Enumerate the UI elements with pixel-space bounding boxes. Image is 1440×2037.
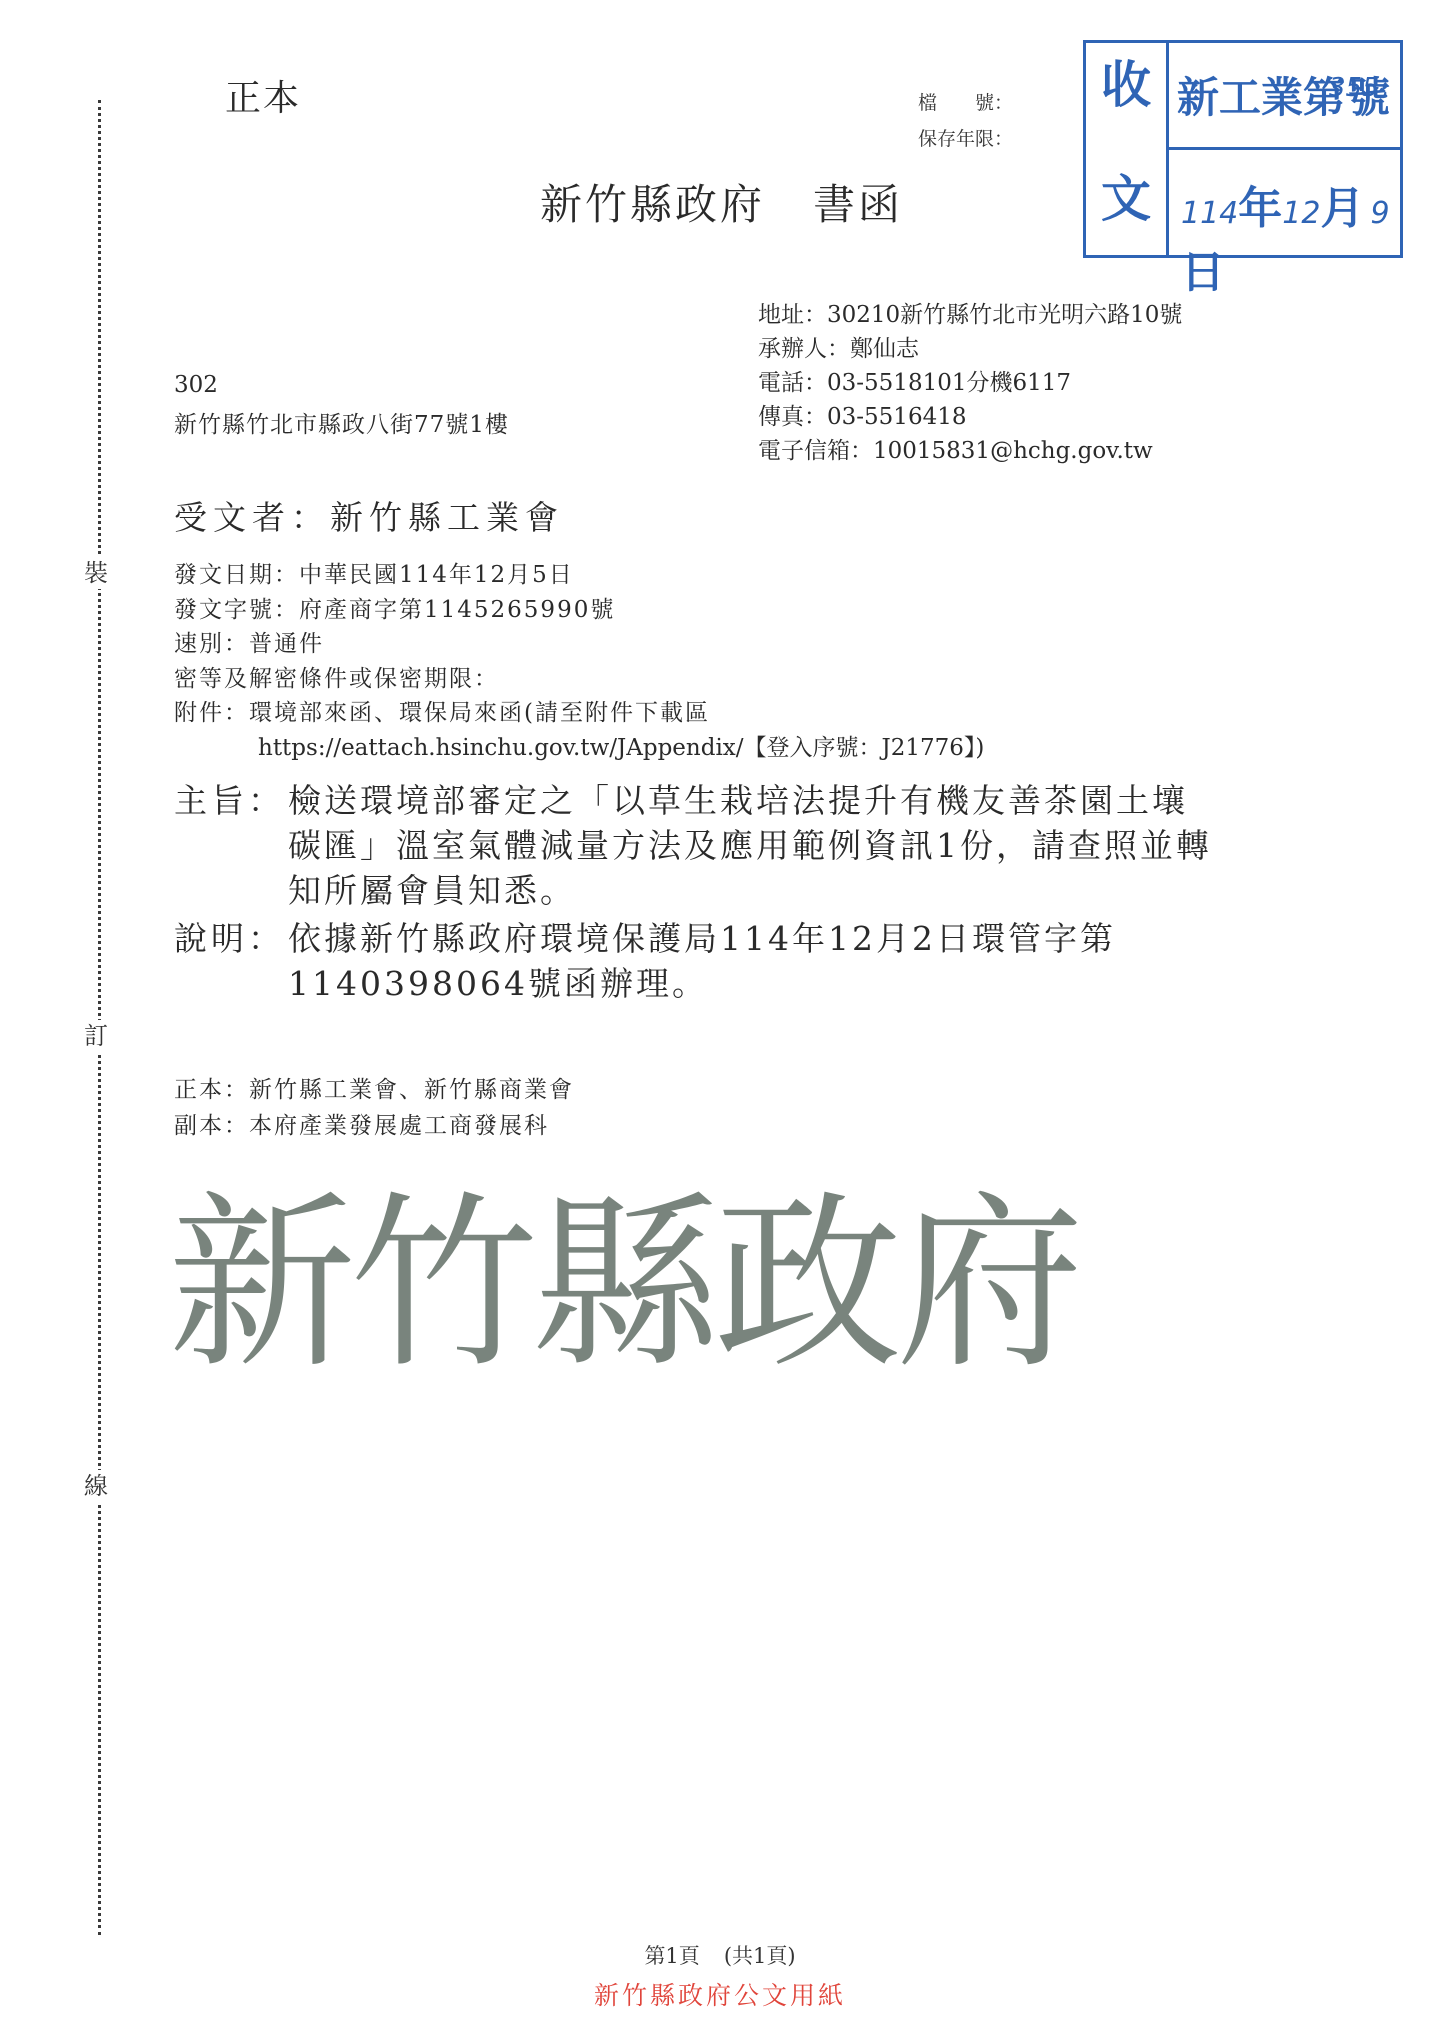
document-body: 主旨： 檢送環境部審定之「以草生栽培法提升有機友善茶園土壤 碳匯」溫室氣體減量方… — [174, 778, 1388, 1006]
official-paper-footer: 新竹縣政府公文用紙 — [0, 1976, 1440, 2012]
distribution-block: 正本：新竹縣工業會、新竹縣商業會 副本：本府產業發展處工商發展科 — [174, 1072, 574, 1144]
document-title: 新竹縣政府書函 — [540, 172, 903, 232]
explanation-line: 依據新竹縣政府環境保護局114年12月2日環管字第 — [288, 916, 1388, 961]
subject-line: 檢送環境部審定之「以草生栽培法提升有機友善茶園土壤 — [288, 778, 1388, 823]
document-type: 書函 — [813, 180, 903, 229]
binding-dotted-line — [98, 100, 101, 1935]
sender-fax: 傳真：03-5516418 — [758, 400, 1182, 434]
stamp-number-cell: 新工業第 355 號 — [1169, 43, 1400, 150]
copy-recipients: 副本：本府產業發展處工商發展科 — [174, 1108, 574, 1144]
page-total: (共1頁) — [724, 1944, 796, 1968]
stamp-left-column: 收 文 — [1086, 43, 1169, 255]
issue-date: 發文日期：中華民國114年12月5日 — [174, 558, 984, 593]
explanation-section: 說明： 依據新竹縣政府環境保護局114年12月2日環管字第 1140398064… — [174, 916, 1388, 1006]
copy-type-label: 正本 — [225, 70, 301, 121]
stamp-date: 114年12月9日 — [1181, 172, 1400, 300]
stamp-date-year-unit: 年 — [1238, 183, 1282, 234]
stamp-date-day: 9 — [1370, 196, 1389, 231]
explanation-line: 1140398064號函辦理。 — [288, 961, 1388, 1006]
page-number: 第1頁(共1頁) — [0, 1940, 1440, 1970]
issuing-agency: 新竹縣政府 — [540, 180, 765, 229]
attachment-url: https://eattach.hsinchu.gov.tw/JAppendix… — [174, 731, 984, 766]
issue-number: 發文字號：府產商字第1145265990號 — [174, 593, 984, 628]
agency-seal-stamp: 新竹縣政府 — [168, 1180, 1078, 1390]
stamp-receive-char: 收 — [1096, 57, 1156, 113]
stamp-document-char: 文 — [1096, 171, 1156, 227]
sender-contact-block: 地址：30210新竹縣竹北市光明六路10號 承辦人：鄭仙志 電話：03-5518… — [758, 298, 1182, 468]
stamp-number-prefix: 新工業第 — [1177, 65, 1345, 125]
subject-content: 檢送環境部審定之「以草生栽培法提升有機友善茶園土壤 碳匯」溫室氣體減量方法及應用… — [288, 778, 1388, 913]
sender-address: 地址：30210新竹縣竹北市光明六路10號 — [758, 298, 1182, 332]
page-current: 第1頁 — [644, 1944, 699, 1968]
original-recipients: 正本：新竹縣工業會、新竹縣商業會 — [174, 1072, 574, 1108]
stamp-number-suffix: 號 — [1348, 65, 1390, 125]
explanation-content: 依據新竹縣政府環境保護局114年12月2日環管字第 1140398064號函辦理… — [288, 916, 1388, 1006]
binding-mark-ding: 訂 — [84, 1020, 108, 1052]
document-meta-block: 發文日期：中華民國114年12月5日 發文字號：府產商字第1145265990號… — [174, 558, 984, 765]
receipt-stamp: 收 文 新工業第 355 號 114年12月9日 — [1083, 40, 1403, 258]
subject-label: 主旨： — [174, 778, 288, 913]
recipient-zip: 302 — [174, 372, 218, 398]
recipient: 受文者：新竹縣工業會 — [174, 492, 564, 539]
binding-mark-zhuang: 裝 — [84, 557, 108, 589]
recipient-address: 新竹縣竹北市縣政八街77號1樓 — [174, 406, 509, 439]
file-number-label: 檔 號： — [918, 88, 1013, 115]
attachment: 附件：環境部來函、環保局來函(請至附件下載區 — [174, 696, 984, 731]
security-level: 密等及解密條件或保密期限： — [174, 662, 984, 697]
subject-section: 主旨： 檢送環境部審定之「以草生栽培法提升有機友善茶園土壤 碳匯」溫室氣體減量方… — [174, 778, 1388, 913]
subject-line: 知所屬會員知悉。 — [288, 868, 1388, 913]
stamp-date-day-unit: 日 — [1181, 247, 1225, 298]
sender-email: 電子信箱：10015831@hchg.gov.tw — [758, 434, 1182, 468]
delivery-speed: 速別：普通件 — [174, 627, 984, 662]
retention-period-label: 保存年限： — [918, 124, 1013, 151]
explanation-label: 說明： — [174, 916, 288, 1006]
sender-phone: 電話：03-5518101分機6117 — [758, 366, 1182, 400]
stamp-date-cell: 114年12月9日 — [1169, 150, 1400, 255]
sender-handler: 承辦人：鄭仙志 — [758, 332, 1182, 366]
stamp-date-year: 114 — [1181, 196, 1238, 231]
stamp-date-month: 12 — [1282, 196, 1320, 231]
subject-line: 碳匯」溫室氣體減量方法及應用範例資訊1份，請查照並轉 — [288, 823, 1388, 868]
stamp-date-month-unit: 月 — [1320, 183, 1364, 234]
binding-mark-xian: 線 — [84, 1470, 108, 1502]
